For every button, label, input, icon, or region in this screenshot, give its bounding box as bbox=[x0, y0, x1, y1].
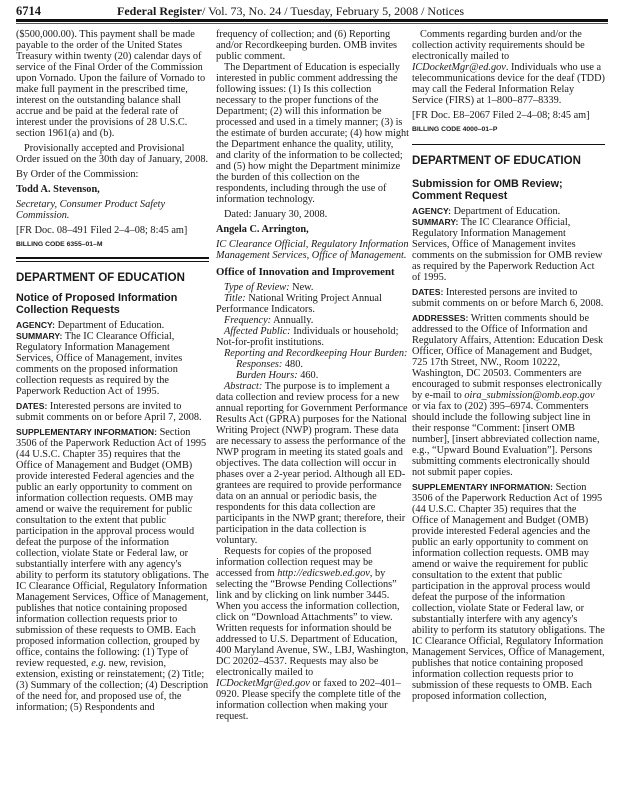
summary: SUMMARY: The IC Clearance Official, Regu… bbox=[412, 217, 605, 283]
billing-code: BILLING CODE 4000–01–P bbox=[412, 124, 605, 135]
title-label: Title: bbox=[224, 293, 246, 304]
hours-label: Burden Hours: bbox=[236, 370, 298, 381]
signer-title-text: Secretary, Consumer Product Safety Commi… bbox=[16, 199, 165, 221]
comments-paragraph: Comments regarding burden and/or the col… bbox=[412, 29, 605, 106]
provisional-order: Provisionally accepted and Provisional O… bbox=[16, 143, 209, 165]
dates: DATES: Interested persons are invited to… bbox=[16, 401, 209, 423]
addresses-text-cont: or via fax to (202) 395–6974. Commenters… bbox=[412, 401, 600, 478]
department-heading: DEPARTMENT OF EDUCATION bbox=[412, 155, 605, 168]
fr-doc: [FR Doc. 08–491 Filed 2–4–08; 8:45 am] bbox=[16, 225, 209, 236]
burden-heading: Reporting and Recordkeeping Hour Burden: bbox=[216, 348, 409, 359]
abstract-label: Abstract: bbox=[224, 381, 262, 392]
eg-text: e.g. bbox=[91, 658, 106, 669]
agency-text: Department of Education. bbox=[451, 206, 560, 217]
summary-label: SUMMARY: bbox=[16, 331, 62, 341]
frequency-value: Annually. bbox=[271, 315, 313, 326]
by-order: By Order of the Commission: bbox=[16, 169, 209, 180]
abstract: Abstract: The purpose is to implement a … bbox=[216, 381, 409, 546]
section-divider bbox=[412, 144, 605, 145]
requests-paragraph: Requests for copies of the proposed info… bbox=[216, 546, 409, 722]
issue-info: / Vol. 73, No. 24 / Tuesday, February 5,… bbox=[202, 4, 464, 18]
page-number: 6714 bbox=[16, 4, 41, 19]
comments-text: Comments regarding burden and/or the col… bbox=[412, 29, 585, 62]
supplementary-info: SUPPLEMENTARY INFORMATION: Section 3506 … bbox=[412, 482, 605, 702]
agency-line: AGENCY: Department of Education. bbox=[16, 320, 209, 331]
signer-title-text: IC Clearance Official, Regulatory Inform… bbox=[216, 239, 408, 261]
supplementary-text: Section 3506 of the Paperwork Reduction … bbox=[412, 482, 605, 702]
notice-title: Notice of Proposed Information Collectio… bbox=[16, 292, 209, 316]
agency-label: AGENCY: bbox=[16, 320, 55, 330]
responses-value: 480. bbox=[282, 359, 303, 370]
dated-line: Dated: January 30, 2008. bbox=[216, 209, 409, 220]
hours-value: 460. bbox=[298, 370, 319, 381]
supplementary-label: SUPPLEMENTARY INFORMATION: bbox=[412, 482, 553, 492]
agency-label: AGENCY: bbox=[412, 206, 451, 216]
signer-title: IC Clearance Official, Regulatory Inform… bbox=[216, 239, 409, 261]
supplementary-label: SUPPLEMENTARY INFORMATION: bbox=[16, 427, 157, 437]
notice-title: Submission for OMB Review; Comment Reque… bbox=[412, 178, 605, 202]
frequency-label: Frequency: bbox=[224, 315, 271, 326]
signer-name: Angela C. Arrington, bbox=[216, 224, 409, 235]
burden-hours-line: Burden Hours: 460. bbox=[216, 370, 409, 381]
page-header: 6714 Federal Register/ Vol. 73, No. 24 /… bbox=[16, 4, 608, 18]
supplementary-info: SUPPLEMENTARY INFORMATION: Section 3506 … bbox=[16, 427, 209, 713]
header-rule-thin bbox=[16, 23, 608, 24]
responses-line: Responses: 480. bbox=[216, 359, 409, 370]
dates-label: DATES: bbox=[412, 287, 443, 297]
interest-paragraph: The Department of Education is especiall… bbox=[216, 62, 409, 205]
edicsweb-link[interactable]: http://edicsweb.ed.gov bbox=[277, 568, 370, 579]
icdocket-email-link[interactable]: ICDocketMgr@ed.gov bbox=[216, 678, 310, 689]
type-of-review: Type of Review: New. bbox=[216, 282, 409, 293]
summary: SUMMARY: The IC Clearance Official, Regu… bbox=[16, 331, 209, 397]
fr-doc: [FR Doc. E8–2067 Filed 2–4–08; 8:45 am] bbox=[412, 110, 605, 121]
affected-label: Affected Public: bbox=[224, 326, 291, 337]
abstract-text: The purpose is to implement a data colle… bbox=[216, 381, 408, 546]
continued-paragraph: frequency of collection; and (6) Reporti… bbox=[216, 29, 409, 62]
publication-name: Federal Register bbox=[117, 4, 202, 18]
signer-title: Secretary, Consumer Product Safety Commi… bbox=[16, 199, 209, 221]
addresses: ADDRESSES: Written comments should be ad… bbox=[412, 313, 605, 478]
review-value: New. bbox=[290, 282, 314, 293]
supplementary-text: Section 3506 of the Paperwork Reduction … bbox=[16, 427, 209, 669]
title-line: Title: National Writing Project Annual P… bbox=[216, 293, 409, 315]
continued-paragraph: ($500,000.00). This payment shall be mad… bbox=[16, 29, 209, 139]
billing-code: BILLING CODE 6355–01–M bbox=[16, 239, 209, 250]
oira-email-link[interactable]: oira_submission@omb.eop.gov bbox=[464, 390, 594, 401]
affected-public-line: Affected Public: Individuals or househol… bbox=[216, 326, 409, 348]
department-heading: DEPARTMENT OF EDUCATION bbox=[16, 272, 209, 285]
frequency-line: Frequency: Annually. bbox=[216, 315, 409, 326]
review-label: Type of Review: bbox=[224, 282, 290, 293]
section-divider bbox=[16, 257, 209, 262]
dates: DATES: Interested persons are invited to… bbox=[412, 287, 605, 309]
dates-label: DATES: bbox=[16, 401, 47, 411]
agency-line: AGENCY: Department of Education. bbox=[412, 206, 605, 217]
running-head: Federal Register/ Vol. 73, No. 24 / Tues… bbox=[117, 4, 464, 19]
responses-label: Responses: bbox=[236, 359, 282, 370]
header-rule bbox=[16, 19, 608, 22]
icdocket-email-link[interactable]: ICDocketMgr@ed.gov bbox=[412, 62, 506, 73]
burden-label: Reporting and Recordkeeping Hour Burden: bbox=[224, 348, 407, 359]
addresses-label: ADDRESSES: bbox=[412, 313, 468, 323]
agency-text: Department of Education. bbox=[55, 320, 164, 331]
requests-text-cont: , by selecting the “Browse Pending Colle… bbox=[216, 568, 408, 678]
addresses-text: Written comments should be addressed to … bbox=[412, 313, 603, 401]
column-left: ($500,000.00). This payment shall be mad… bbox=[16, 29, 209, 713]
column-right: Comments regarding burden and/or the col… bbox=[412, 29, 605, 702]
office-heading: Office of Innovation and Improvement bbox=[216, 267, 409, 278]
summary-label: SUMMARY: bbox=[412, 217, 458, 227]
column-middle: frequency of collection; and (6) Reporti… bbox=[216, 29, 409, 722]
signer-name: Todd A. Stevenson, bbox=[16, 184, 209, 195]
